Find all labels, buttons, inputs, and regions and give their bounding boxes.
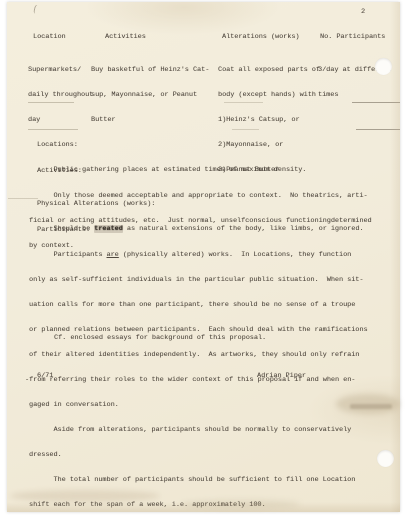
date: 6/71: [37, 372, 53, 380]
page-number: 2: [361, 8, 365, 16]
body-line: The total number of participants should …: [29, 476, 368, 484]
table-header-location: Location: [33, 33, 66, 41]
body-text: (physically altered) works. In Locations…: [119, 251, 352, 259]
body-line: dressed.: [29, 451, 368, 459]
ruled-line: [224, 102, 263, 103]
body-line: Only those deemed acceptable and appropr…: [29, 192, 372, 200]
table-cell-line: 2)Mayonnaise, or: [218, 141, 320, 149]
table-cell-line: sup, Mayonnaise, or Peanut: [91, 91, 209, 99]
table-header-activities: Activities: [105, 33, 146, 41]
body-line: Aside from alterations, participants sho…: [29, 426, 368, 434]
table-cell-activities: Buy basketful of Heinz's Cat- sup, Mayon…: [91, 49, 209, 132]
body-line: uation calls for more than one participa…: [29, 301, 368, 309]
table-cell-line: Supermarkets/: [28, 66, 93, 74]
body-line: gaged in conversation.: [29, 401, 368, 409]
cf-note: Cf. enclosed essays for background of th…: [54, 334, 266, 342]
table-header-participants: No. Participants: [320, 33, 385, 41]
table-header-alterations: Alterations (works): [222, 33, 300, 41]
body-line: shift each for the span of a week, i.e. …: [29, 501, 368, 509]
body-text: as natural extensions of the body, like …: [123, 225, 364, 233]
body-line: or planned relations between participant…: [29, 326, 368, 334]
table-cell-location: Supermarkets/ daily throughout day: [28, 49, 93, 132]
ruled-line: [356, 129, 400, 130]
punch-hole-top: [375, 58, 392, 75]
table-cell-line: Butter: [91, 116, 209, 124]
table-cell-line: body (except hands) with: [218, 91, 320, 99]
section-body-participants: Participants are (physically altered) wo…: [29, 234, 368, 515]
body-line: Participants are (physically altered) wo…: [29, 251, 368, 259]
table-cell-line: daily throughout: [28, 91, 93, 99]
table-cell-line: times: [318, 91, 391, 99]
table-cell-line: 1)Heinz's Catsup, or: [218, 116, 320, 124]
overstruck-word: treated: [94, 225, 123, 233]
body-line: only as self-sufficient individuals in t…: [29, 276, 368, 284]
body-line: of their altered identities independentl…: [29, 351, 368, 359]
table-cell-line: Coat all exposed parts of: [218, 66, 320, 74]
ruled-line: [28, 129, 78, 130]
punch-hole-bottom: [377, 450, 394, 467]
ruled-line: [352, 102, 400, 103]
body-line: -from referring their roles to the wider…: [25, 376, 368, 384]
ruled-line: [232, 129, 259, 130]
underlined-word: are: [107, 251, 119, 259]
ruled-line: [28, 102, 74, 103]
body-text: Participants: [29, 251, 107, 259]
signature: Adrian Piper: [257, 372, 306, 380]
scanned-document: { "page": { "number": "2", "date": "6/71…: [0, 0, 405, 515]
table-cell-line: Buy basketful of Heinz's Cat-: [91, 66, 209, 74]
table-cell-line: day: [28, 116, 93, 124]
